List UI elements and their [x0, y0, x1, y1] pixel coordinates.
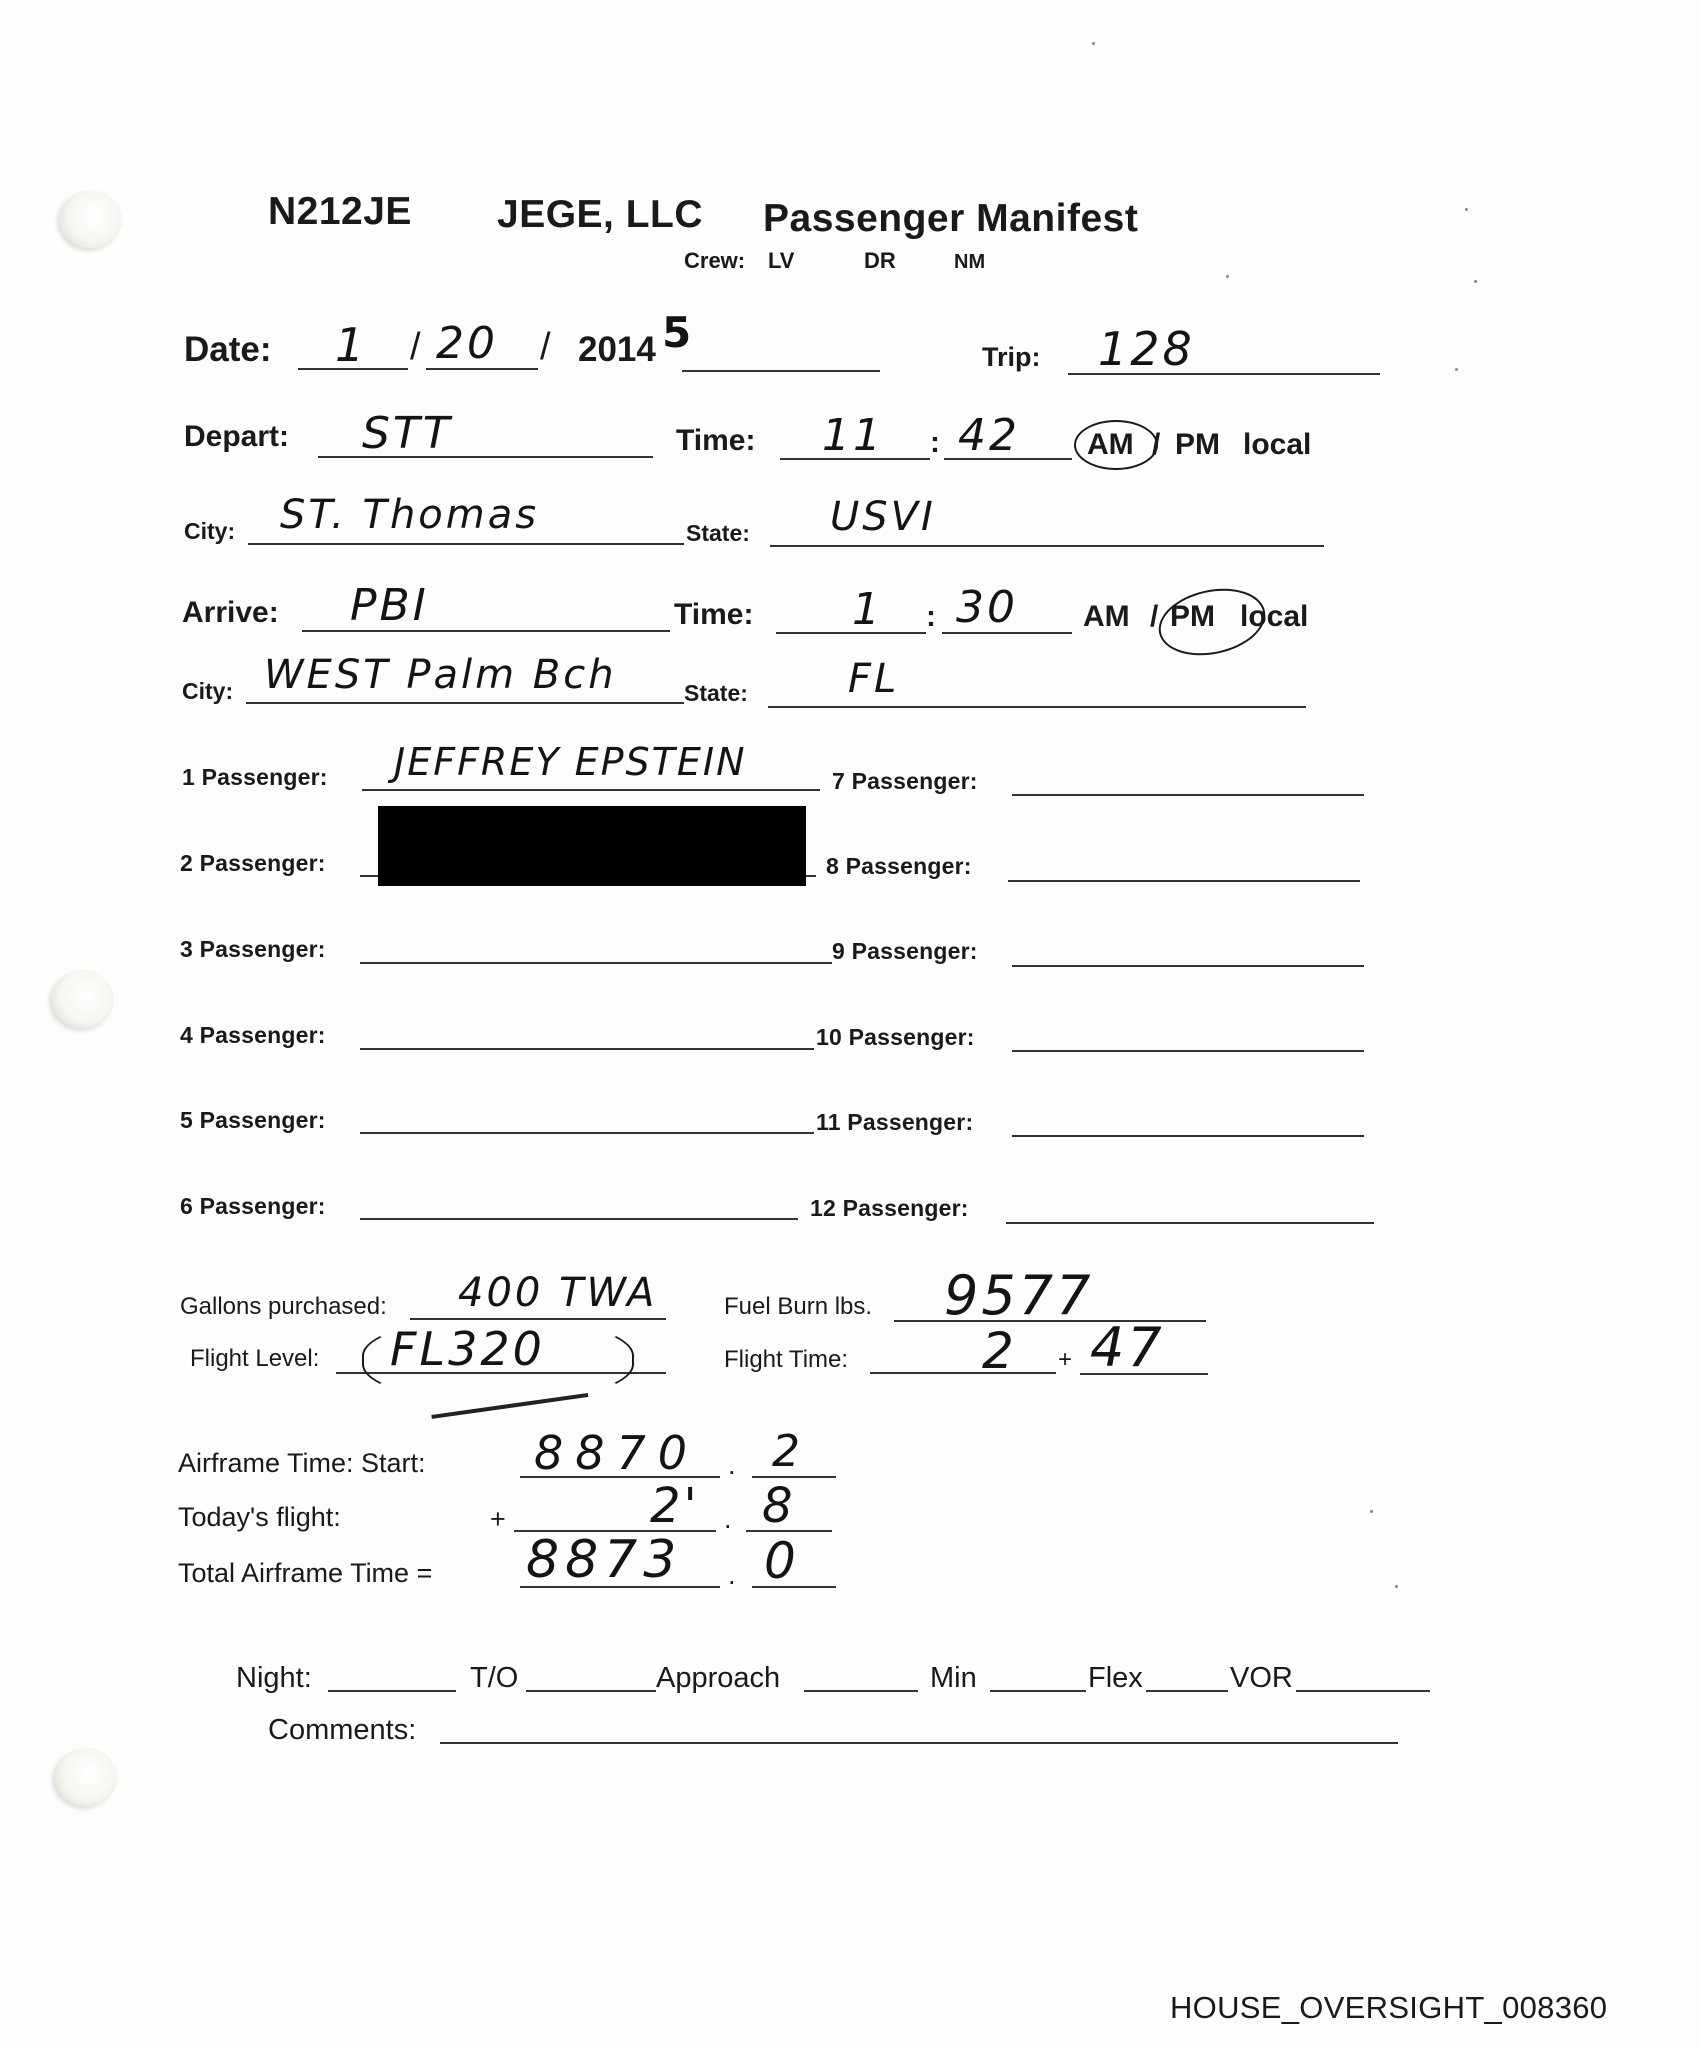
flex-label: Flex [1088, 1662, 1143, 1695]
binder-hole-top [60, 190, 122, 248]
total-airframe-label: Total Airframe Time = [178, 1558, 432, 1589]
flight-time-minutes-value[interactable]: 47 [1090, 1316, 1165, 1379]
vor-line [1296, 1690, 1430, 1692]
todays-flight-whole-value[interactable]: 2' [650, 1478, 700, 1534]
date-year-printed: 2014 [578, 330, 656, 370]
crew-label: Crew: [684, 248, 745, 274]
date-label: Date: [184, 330, 272, 370]
arrive-time-label: Time: [674, 598, 753, 632]
approach-label: Approach [656, 1662, 780, 1695]
passenger-10-line [1012, 1050, 1364, 1052]
passenger-9-label: 9 Passenger: [832, 938, 978, 965]
passenger-10-label: 10 Passenger: [816, 1024, 975, 1051]
passenger-2-label: 2 Passenger: [180, 850, 326, 877]
passenger-6-line [360, 1218, 798, 1220]
total-airframe-decimal-value[interactable]: 0 [764, 1532, 799, 1590]
passenger-5-line [360, 1132, 814, 1134]
flight-level-label: Flight Level: [190, 1345, 319, 1373]
arrive-city-value[interactable]: WEST Palm Bch [264, 652, 617, 698]
passenger-3-label: 3 Passenger: [180, 936, 326, 963]
flight-time-hours-line [870, 1372, 1056, 1374]
bates-number: HOUSE_OVERSIGHT_008360 [1170, 1990, 1607, 2026]
date-month-value[interactable]: 1 [335, 318, 367, 372]
flex-line [1146, 1690, 1228, 1692]
total-airframe-dot: . [728, 1560, 736, 1591]
arrive-city-label: City: [182, 678, 233, 705]
arrive-time-colon: : [926, 600, 936, 634]
trip-value[interactable]: 128 [1098, 322, 1195, 376]
comments-label: Comments: [268, 1714, 416, 1747]
passenger-2-redaction [378, 806, 806, 886]
scan-speck [1465, 208, 1468, 211]
depart-city-value[interactable]: ST. Thomas [280, 492, 539, 538]
date-day-value[interactable]: 20 [436, 318, 498, 369]
takeoff-label: T/O [470, 1662, 518, 1695]
passenger-4-line [360, 1048, 814, 1050]
passenger-7-label: 7 Passenger: [832, 768, 978, 795]
flight-time-hours-value[interactable]: 2 [982, 1322, 1017, 1380]
todays-flight-plus: + [490, 1504, 506, 1535]
depart-state-value[interactable]: USVI [830, 494, 936, 540]
depart-local-label: local [1243, 428, 1311, 462]
scan-speck [1474, 280, 1477, 283]
arrive-state-line [768, 706, 1306, 708]
total-airframe-whole-value[interactable]: 8873 [526, 1530, 682, 1590]
crew-member-1: LV [768, 248, 794, 274]
arrive-state-value[interactable]: FL [848, 656, 899, 702]
binder-hole-bottom [55, 1748, 117, 1806]
todays-flight-label: Today's flight: [178, 1502, 341, 1533]
depart-am-selected-circle [1074, 420, 1158, 470]
passenger-12-line [1006, 1222, 1374, 1224]
binder-hole-middle [52, 970, 114, 1028]
approach-line [804, 1690, 918, 1692]
arrive-hour-value[interactable]: 1 [852, 584, 883, 635]
fuel-burn-value[interactable]: 9577 [944, 1264, 1093, 1327]
depart-airport-value[interactable]: STT [362, 408, 453, 459]
scan-speck [1370, 1510, 1373, 1513]
night-line [328, 1690, 456, 1692]
passenger-9-line [1012, 965, 1364, 967]
min-label: Min [930, 1662, 977, 1695]
passenger-12-label: 12 Passenger: [810, 1195, 969, 1222]
depart-minute-value[interactable]: 42 [958, 410, 1020, 461]
depart-time-colon: : [930, 426, 940, 460]
company-name: JEGE, LLC [497, 193, 703, 237]
passenger-5-label: 5 Passenger: [180, 1107, 326, 1134]
takeoff-line [526, 1690, 656, 1692]
flight-level-circle-mark [362, 1318, 634, 1402]
arrive-city-line [246, 702, 684, 704]
scan-speck [1092, 42, 1095, 45]
night-label: Night: [236, 1662, 312, 1695]
date-year-correction: 5 [662, 308, 694, 357]
arrive-state-label: State: [684, 680, 748, 707]
passenger-6-label: 6 Passenger: [180, 1193, 326, 1220]
passenger-11-line [1012, 1135, 1364, 1137]
crew-member-2: DR [864, 248, 896, 274]
min-line [990, 1690, 1086, 1692]
depart-time-label: Time: [676, 424, 755, 458]
date-separator-1: / [410, 326, 421, 369]
airframe-start-label: Airframe Time: Start: [178, 1448, 426, 1479]
fuel-burn-label: Fuel Burn lbs. [724, 1293, 872, 1321]
arrive-airport-value[interactable]: PBI [350, 580, 429, 631]
crew-member-3: NM [954, 251, 985, 274]
arrive-local-label: local [1240, 600, 1308, 634]
depart-city-line [248, 543, 684, 545]
tail-number: N212JE [268, 190, 412, 234]
passenger-4-label: 4 Passenger: [180, 1022, 326, 1049]
passenger-1-value[interactable]: JEFFREY EPSTEIN [394, 740, 747, 784]
gallons-purchased-value[interactable]: 400 TWA [458, 1270, 657, 1316]
passenger-11-label: 11 Passenger: [816, 1109, 973, 1136]
arrive-minute-value[interactable]: 30 [956, 582, 1018, 633]
passenger-1-line [362, 789, 820, 791]
arrive-hour-line [776, 632, 926, 634]
depart-city-label: City: [184, 518, 235, 545]
scan-speck [1226, 275, 1229, 278]
passenger-3-line [360, 962, 832, 964]
passenger-8-label: 8 Passenger: [826, 853, 972, 880]
depart-hour-value[interactable]: 11 [822, 410, 884, 461]
scan-speck [1455, 368, 1458, 371]
todays-flight-dot: . [724, 1504, 732, 1535]
page-title: Passenger Manifest [763, 197, 1138, 241]
airframe-start-whole-value[interactable]: 8870 [534, 1426, 699, 1480]
scan-speck [1395, 1585, 1398, 1588]
trip-label: Trip: [982, 342, 1041, 373]
flight-time-label: Flight Time: [724, 1346, 848, 1374]
depart-state-label: State: [686, 520, 750, 547]
passenger-7-line [1012, 794, 1364, 796]
date-separator-2: / [540, 326, 551, 369]
gallons-purchased-label: Gallons purchased: [180, 1293, 387, 1321]
depart-state-line [770, 545, 1324, 547]
todays-flight-decimal-value[interactable]: 8 [762, 1478, 796, 1534]
depart-pm-option[interactable]: PM [1175, 428, 1220, 462]
comments-line [440, 1742, 1398, 1744]
depart-label: Depart: [184, 420, 289, 454]
vor-label: VOR [1230, 1662, 1293, 1695]
passenger-8-line [1008, 880, 1360, 882]
flight-time-plus: + [1058, 1346, 1072, 1374]
arrive-period-slash: / [1150, 600, 1158, 634]
airframe-start-decimal-value[interactable]: 2 [772, 1426, 803, 1477]
date-year-line [682, 370, 880, 372]
airframe-start-dot: . [728, 1450, 736, 1481]
arrive-label: Arrive: [182, 596, 279, 630]
passenger-1-label: 1 Passenger: [182, 764, 328, 791]
depart-period-slash: / [1152, 428, 1160, 462]
arrive-am-option[interactable]: AM [1083, 600, 1130, 634]
